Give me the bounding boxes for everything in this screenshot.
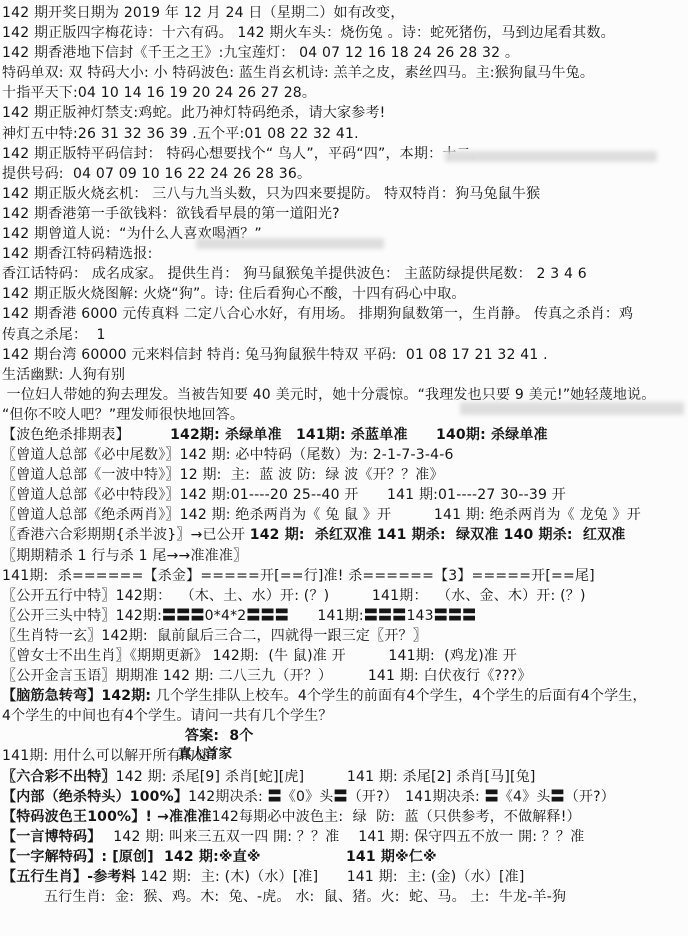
text-segment xyxy=(359,487,387,503)
text-segment: 〖生肖特一玄〗142期: 鼠前鼠后三合二，四就得一跟三定〖开？〗 xyxy=(2,628,427,644)
text-line: 141期: 用什么可以解开所有的谜? xyxy=(0,746,688,766)
text-line: 142 期香港地下信封《千王之王》:九宝莲灯： 04 07 12 16 18 2… xyxy=(0,43,688,63)
text-segment: 141 期: 杀尾[2] 杀肖[马][兔] xyxy=(347,769,536,785)
text-segment-bold: 〓〓〓 xyxy=(162,608,205,624)
text-segment: 提供号码: 04 07 09 10 16 22 24 26 28 36。 xyxy=(2,166,311,182)
text-segment-bold: 〖六合彩不出特〗 xyxy=(2,769,116,785)
text-segment xyxy=(329,588,372,604)
document-body: 142 期开奖日期为 2019 年 12 月 24 日（星期二）如有改变，142… xyxy=(0,0,688,907)
text-line: 〖公开金言玉语〗期期准 142 期: 二八三九（开？） 141 期: 白伏夜行《… xyxy=(0,666,688,686)
text-segment: 142 期: 杀尾[9] 杀肖[蛇][虎] xyxy=(116,769,305,785)
text-segment: 141期: xyxy=(289,608,364,624)
text-segment: （开?） xyxy=(348,789,391,805)
text-line: 【一字解特码】: [原创] 142 期:※直※ 141 期※仁※ xyxy=(0,847,688,867)
text-line: 142 期正版火烧图解: 火烧“狗”。诗: 住后看狗心不酸，十四有码心中取。 xyxy=(0,284,688,304)
text-segment xyxy=(339,829,358,845)
text-segment: 142期决杀: xyxy=(188,789,268,805)
text-line: 【五行生肖】-参考料 142 期: 主: (木)（水）[准] 141 期: 主:… xyxy=(0,867,688,887)
text-segment xyxy=(123,427,170,443)
text-line: 〖六合彩不出特〗142 期: 杀尾[9] 杀肖[蛇][虎] 141 期: 杀尾[… xyxy=(0,767,688,787)
text-line: 神灯五中特:26 31 32 36 39 .五个平:01 08 22 32 41… xyxy=(0,124,688,144)
text-line: 〖曾女士不出生肖〗《期期更新》 142期: (牛 鼠)准 开 141期: (鸡龙… xyxy=(0,646,688,666)
text-segment: 4个学生的中间也有4个学生。请问一共有几个学生？ xyxy=(2,708,333,724)
text-segment-bold: 【一字解特码】: [原创] 142 期:※直※ xyxy=(2,849,261,865)
text-segment: 142 期台湾 60000 元来料信封 特肖: 兔马狗鼠猴牛特双 平码: 01 … xyxy=(2,347,548,363)
text-line: 十指平天下:04 10 14 16 19 20 24 26 27 28。 xyxy=(0,83,688,103)
text-segment: 142 期正版神灯禁支:鸡蛇。此乃神灯特码绝杀，请大家参考! xyxy=(2,105,386,121)
text-segment-bold: 【脑筋急转弯】142期: xyxy=(2,688,151,704)
text-line: “但你不咬人吧？”理发师很快地回答。 xyxy=(0,405,688,425)
text-segment: 142 期香江特码精选报: xyxy=(2,246,153,262)
text-line: 五行生肖: 金: 猴、鸡。木: 兔、-虎。 水: 鼠、猪。火: 蛇、马。 土: … xyxy=(0,887,688,907)
text-line: 〖生肖特一玄〗142期: 鼠前鼠后三合二，四就得一跟三定〖开？〗 xyxy=(0,626,688,646)
text-segment: 142 期曾道人说：“为什么人喜欢喝酒？” xyxy=(2,226,262,242)
text-line: 答案: 8个 xyxy=(0,726,688,746)
text-segment: 神灯五中特:26 31 32 36 39 .五个平:01 08 22 32 41… xyxy=(2,126,359,142)
text-segment: 141 期: 保守四五不放一 開: ？？准 xyxy=(358,829,584,845)
text-segment-bold: 141 期※仁※ xyxy=(346,849,437,865)
text-segment: 十指平天下:04 10 14 16 19 20 24 26 27 28。 xyxy=(2,85,316,101)
text-segment: 一位妇人带她的狗去理发。当被告知要 40 美元时，她十分震惊。“我理发也只要 9… xyxy=(2,387,656,403)
text-line: 生活幽默: 人狗有别 xyxy=(0,365,688,385)
text-line: 一位妇人带她的狗去理发。当被告知要 40 美元时，她十分震惊。“我理发也只要 9… xyxy=(0,385,688,405)
text-line: 142 期正版特平码信封： 特码心想要找个“ 鸟人”，平码“四”，本期：十二。 xyxy=(0,144,688,164)
text-segment-bold: 〓 xyxy=(485,789,499,805)
text-segment: 142 期香港地下信封《千王之王》:九宝莲灯： 04 07 12 16 18 2… xyxy=(2,45,519,61)
text-segment xyxy=(318,869,346,885)
text-line: 〖期期精杀 1 行与杀 1 尾→→准准准〗 xyxy=(0,546,688,566)
text-segment xyxy=(261,849,346,865)
text-line: 142 期曾道人说：“为什么人喜欢喝酒？” xyxy=(0,224,688,244)
text-line: 〖公开五行中特〗142期： （木、土、水）开: (？) 141期： （水、金、木… xyxy=(0,586,688,606)
text-segment: 〖香港六合彩期期{杀半波}〗→已公开 xyxy=(2,527,250,543)
text-segment: 生活幽默: 人狗有别 xyxy=(2,367,125,383)
text-segment: 141期： （水、金、木）开: (？) xyxy=(372,588,586,604)
text-segment: 142 期正版四字梅花诗：十六有码。 142 期火车头：烧伤兔 。诗：蛇死猪伤，… xyxy=(2,25,615,41)
text-line: 142 期正版四字梅花诗：十六有码。 142 期火车头：烧伤兔 。诗：蛇死猪伤，… xyxy=(0,23,688,43)
text-segment-bold: 【特码波色王100%】! →准准准 xyxy=(2,809,212,825)
text-segment: 〖曾道人总部《必中特段》〗142 期:01----20 25--40 开 xyxy=(2,487,359,503)
text-line: 〖曾道人总部《必中尾数》〗142 期: 必中特码（尾数）为: 2-1-7-3-4… xyxy=(0,445,688,465)
text-segment-bold: 142期: 杀绿单准 141期: 杀蓝单准 140期: 杀绿单准 xyxy=(170,427,548,443)
text-segment: 141 期: 主: (金)（水）[准] xyxy=(347,869,525,885)
text-line: 【内部（绝杀特头）100%】142期决杀: 〓《0》头〓（开?） 141期决杀:… xyxy=(0,787,688,807)
text-segment: 《0》头 xyxy=(282,789,334,805)
text-segment: 142每期必中波色主: 绿 防: 蓝（只供参考，不做解释!） xyxy=(212,809,581,825)
text-line: 提供号码: 04 07 09 10 16 22 24 26 28 36。 xyxy=(0,164,688,184)
text-segment xyxy=(346,648,389,664)
text-segment-bold: 〓 xyxy=(551,789,565,805)
text-segment: 〖公开五行中特〗142期： （木、土、水）开: (？) xyxy=(2,588,329,604)
text-segment: 香江话特码： 成名成家。 提供生肖： 狗马鼠猴兔羊提供波色： 主蓝防绿提供尾数：… xyxy=(2,266,587,282)
text-segment-bold: 142 期: 杀红双准 141 期杀: 绿双准 140 期杀: 红双准 xyxy=(250,527,626,543)
text-segment: 〖期期精杀 1 行与杀 1 尾→→准准准〗 xyxy=(2,548,247,564)
text-line: 【一言博特码】 142 期: 叫来三五双一四 開: ？？准 141 期: 保守四… xyxy=(0,827,688,847)
text-segment: 142 期正版火烧图解: 火烧“狗”。诗: 住后看狗心不酸，十四有码心中取。 xyxy=(2,286,466,302)
text-segment-bold: 〓〓〓 xyxy=(246,608,289,624)
text-line: 传真之杀尾： 1 xyxy=(0,325,688,345)
text-line: 〖曾道人总部《绝杀两肖》〗142 期: 绝杀两肖为《 兔 鼠 》开 141 期:… xyxy=(0,505,688,525)
text-segment: 142 期: 叫来三五双一四 開: ？？准 xyxy=(94,829,339,845)
text-segment: 0*4*2 xyxy=(205,608,247,624)
text-line: 142 期香港 6000 元传真料 二定八合心水好，有用场。 排期狗鼠数第一，生… xyxy=(0,304,688,324)
text-line: 〖曾道人总部《一波中特》〗12 期: 主: 蓝 波 防: 绿 波《开？？准》 xyxy=(0,465,688,485)
text-segment: 〖曾道人总部《绝杀两肖》〗142 期: 绝杀两肖为《 兔 鼠 》开 xyxy=(2,507,391,523)
text-segment: 几个学生排队上校车。4个学生的前面有4个学生，4个学生的后面有4个学生， xyxy=(151,688,646,704)
text-segment xyxy=(391,507,434,523)
text-segment: 《4》头 xyxy=(499,789,551,805)
text-segment: 五行生肖: 金: 猴、鸡。木: 兔、-虎。 水: 鼠、猪。火: 蛇、马。 土: … xyxy=(44,889,566,905)
text-segment: 143 xyxy=(406,608,433,624)
text-segment-bold: 【一言博特码】 xyxy=(2,829,94,845)
text-segment: 142 期正版火烧玄机： 三八与九当头数，只为四来要提防。 特双特肖：狗马兔鼠牛… xyxy=(2,186,540,202)
text-segment: 141 期:01----27 30--39 开 xyxy=(387,487,566,503)
text-segment: 141 期: 白伏夜行《???》 xyxy=(368,668,532,684)
text-line: 〖曾道人总部《必中特段》〗142 期:01----20 25--40 开 141… xyxy=(0,485,688,505)
text-line: 142 期香江特码精选报: xyxy=(0,244,688,264)
text-line: 142 期正版火烧玄机： 三八与九当头数，只为四来要提防。 特双特肖：狗马兔鼠牛… xyxy=(0,184,688,204)
text-segment: 〖曾女士不出生肖〗《期期更新》 142期: (牛 鼠)准 开 xyxy=(2,648,346,664)
text-segment: 142 期正版特平码信封： 特码心想要找个“ 鸟人”，平码“四”，本期：十二。 xyxy=(2,146,485,162)
text-segment: 141期决杀: xyxy=(405,789,485,805)
text-segment-bold: 【五行生肖】-参考料 xyxy=(2,869,136,885)
text-segment-bold: 〓 xyxy=(333,789,347,805)
text-segment xyxy=(391,789,405,805)
text-segment: 141 期: 绝杀两肖为《 龙兔 》开 xyxy=(434,507,641,523)
text-segment-bold: 〓〓〓 xyxy=(434,608,477,624)
text-segment: 141期: 杀======【杀金】=====开[==行]准! 杀======【3… xyxy=(2,568,595,584)
text-segment: 【波色绝杀排期表】 xyxy=(2,427,123,443)
text-line: 【波色绝杀排期表】 142期: 杀绿单准 141期: 杀蓝单准 140期: 杀绿… xyxy=(0,425,688,445)
text-segment: 〖曾道人总部《必中尾数》〗142 期: 必中特码（尾数）为: 2-1-7-3-4… xyxy=(2,447,454,463)
text-line: 142 期台湾 60000 元来料信封 特肖: 兔马狗鼠猴牛特双 平码: 01 … xyxy=(0,345,688,365)
text-line: 142 期开奖日期为 2019 年 12 月 24 日（星期二）如有改变， xyxy=(0,3,688,23)
text-segment-bold: 〓〓〓 xyxy=(364,608,407,624)
text-segment xyxy=(304,769,347,785)
text-segment: 142 期开奖日期为 2019 年 12 月 24 日（星期二）如有改变， xyxy=(2,5,405,21)
text-line: 141期: 杀======【杀金】=====开[==行]准! 杀======【3… xyxy=(0,566,688,586)
text-line: 【脑筋急转弯】142期: 几个学生排队上校车。4个学生的前面有4个学生，4个学生… xyxy=(0,686,688,706)
text-segment-bold: 〓 xyxy=(268,789,282,805)
text-segment xyxy=(325,668,368,684)
text-line: 香江话特码： 成名成家。 提供生肖： 狗马鼠猴兔羊提供波色： 主蓝防绿提供尾数：… xyxy=(0,264,688,284)
text-segment: 142 期: 主: (木)（水）[准] xyxy=(136,869,318,885)
text-segment: “但你不咬人吧？”理发师很快地回答。 xyxy=(2,407,244,423)
text-line: 特码单双: 双 特码大小: 小 特码波色: 蓝生肖玄机诗: 羔羊之皮，素丝四马。… xyxy=(0,63,688,83)
text-line: 〖公开三头中特〗142期:〓〓〓0*4*2〓〓〓 141期:〓〓〓143〓〓〓 xyxy=(0,606,688,626)
text-segment: 传真之杀尾： 1 xyxy=(2,327,106,343)
text-segment: 〖公开三头中特〗142期: xyxy=(2,608,162,624)
text-segment: 142 期香港第一手欲钱料：欲钱看早晨的第一道阳光? xyxy=(2,206,340,222)
text-line: 4个学生的中间也有4个学生。请问一共有几个学生？ xyxy=(0,706,688,726)
text-segment: 〖公开金言玉语〗期期准 142 期: 二八三九（开？） xyxy=(2,668,325,684)
overlapping-watermark-text: 真人首家 xyxy=(178,742,232,762)
text-line: 142 期香港第一手欲钱料：欲钱看早晨的第一道阳光? xyxy=(0,204,688,224)
text-segment: 141期: (鸡龙)准 开 xyxy=(388,648,517,664)
text-segment: 〖曾道人总部《一波中特》〗12 期: 主: 蓝 波 防: 绿 波《开？？准》 xyxy=(2,467,444,483)
text-line: 142 期正版神灯禁支:鸡蛇。此乃神灯特码绝杀，请大家参考! xyxy=(0,103,688,123)
text-segment: （开?） xyxy=(565,789,615,805)
text-segment-bold: 【内部（绝杀特头）100%】 xyxy=(2,789,188,805)
text-line: 【特码波色王100%】! →准准准142每期必中波色主: 绿 防: 蓝（只供参考… xyxy=(0,807,688,827)
text-line: 〖香港六合彩期期{杀半波}〗→已公开 142 期: 杀红双准 141 期杀: 绿… xyxy=(0,525,688,545)
text-segment: 特码单双: 双 特码大小: 小 特码波色: 蓝生肖玄机诗: 羔羊之皮，素丝四马。… xyxy=(2,65,594,81)
text-segment: 142 期香港 6000 元传真料 二定八合心水好，有用场。 排期狗鼠数第一，生… xyxy=(2,306,633,322)
